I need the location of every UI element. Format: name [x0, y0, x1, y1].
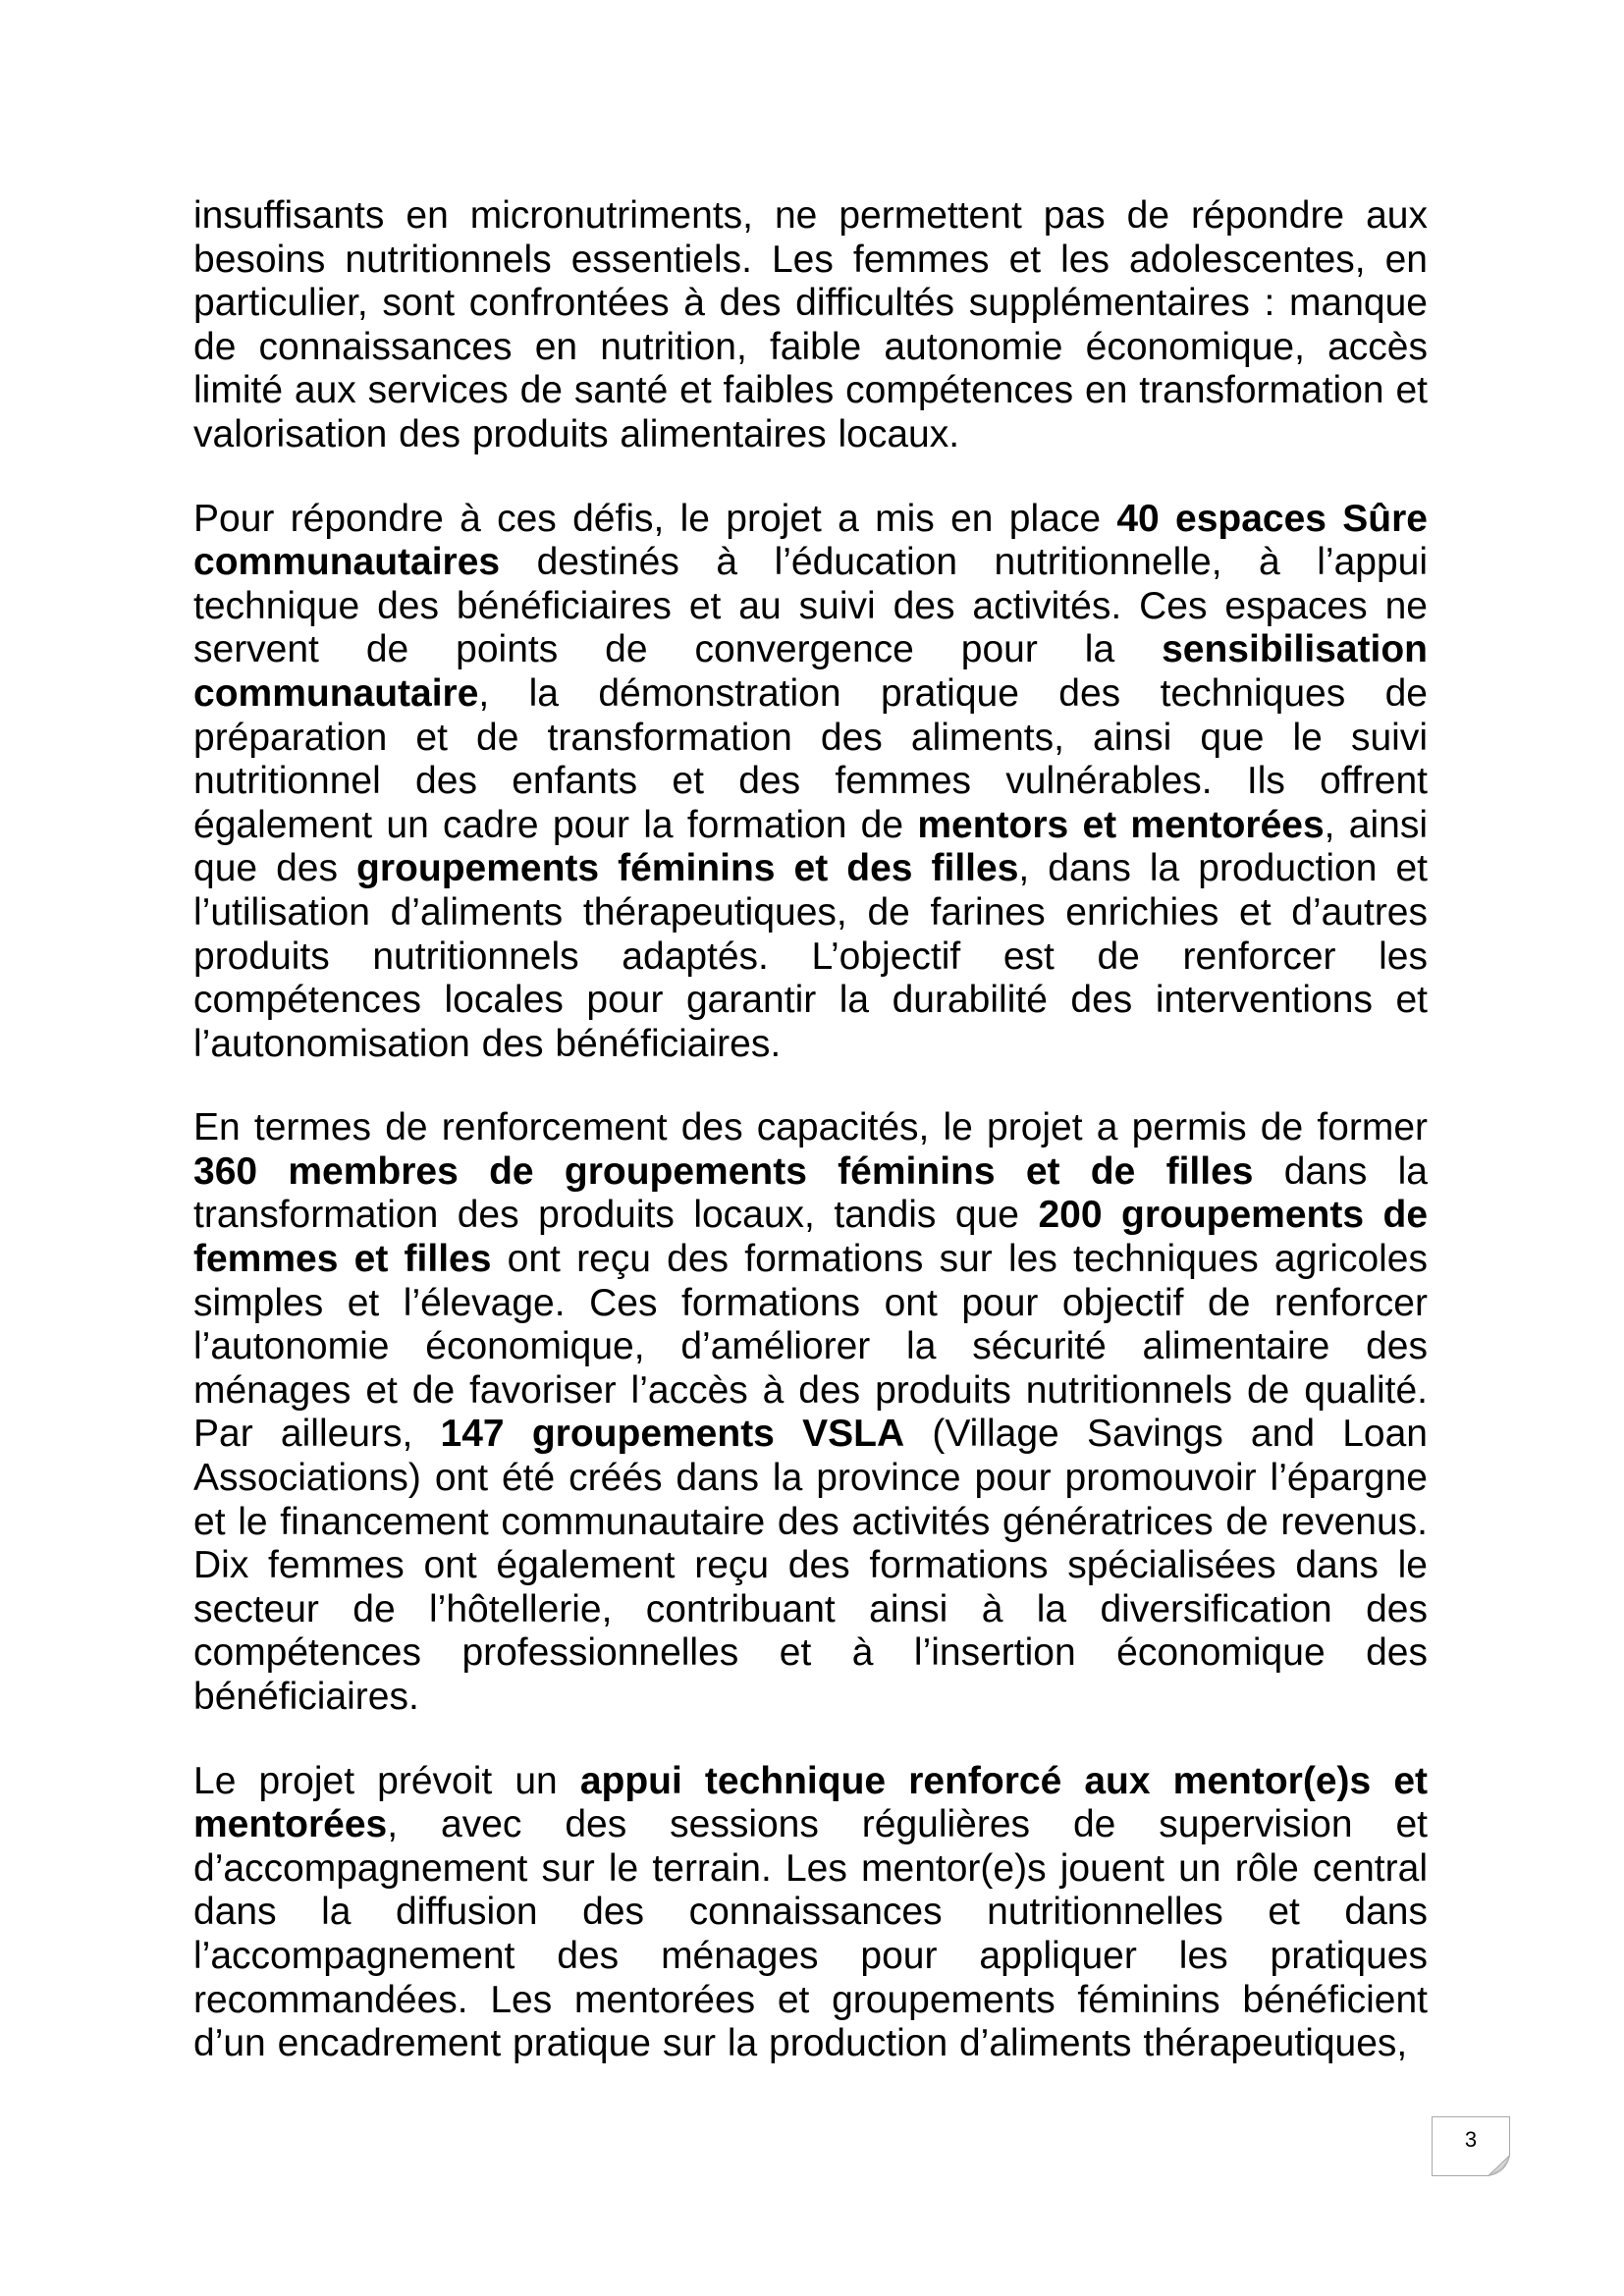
page-number-box: 3: [1432, 2116, 1510, 2176]
bold-text-run: 360 membres de groupements féminins et d…: [193, 1150, 1253, 1193]
paragraph: insuffisants en micronutriments, ne perm…: [193, 194, 1428, 457]
bold-text-run: groupements féminins et des filles: [356, 847, 1018, 889]
paragraph: En termes de renforcement des capacités,…: [193, 1106, 1428, 1719]
bold-text-run: mentors et mentorées: [917, 804, 1324, 846]
text-run: (Village Savings and Loan Associations) …: [193, 1413, 1428, 1718]
page-number: 3: [1432, 2127, 1510, 2153]
text-run: En termes de renforcement des capacités,…: [193, 1106, 1428, 1148]
paragraph: Pour répondre à ces défis, le projet a m…: [193, 498, 1428, 1067]
text-run: Le projet prévoit un: [193, 1760, 580, 1802]
paragraph: Le projet prévoit un appui technique ren…: [193, 1760, 1428, 2066]
bold-text-run: 147 groupements VSLA: [441, 1413, 905, 1455]
text-run: Pour répondre à ces défis, le projet a m…: [193, 498, 1116, 540]
document-body: insuffisants en micronutriments, ne perm…: [193, 194, 1428, 2066]
text-run: insuffisants en micronutriments, ne perm…: [193, 194, 1428, 455]
